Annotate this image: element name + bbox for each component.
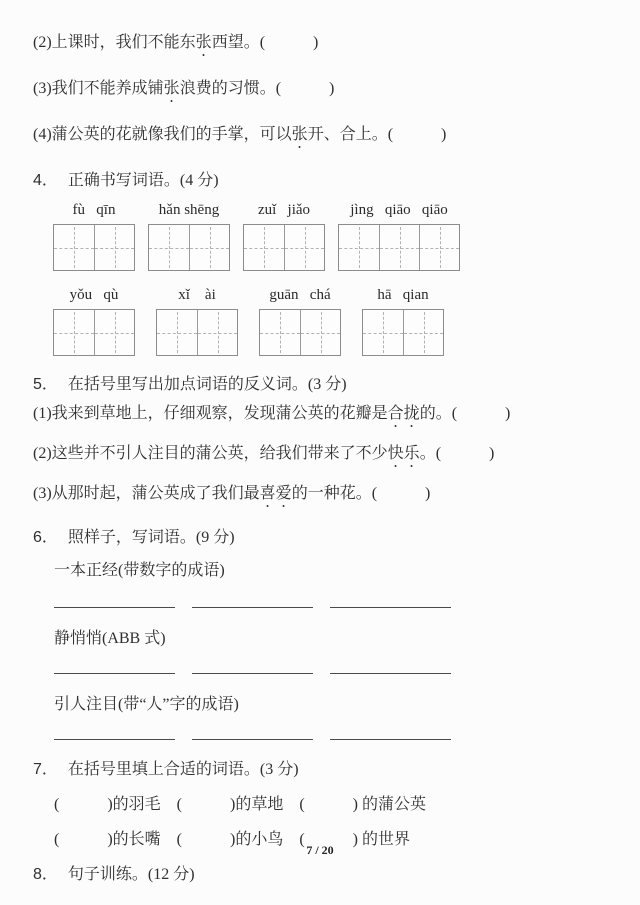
question-number: 5． [33, 376, 58, 393]
grid-cell [94, 310, 134, 355]
writing-grid [53, 224, 135, 271]
writing-grid [156, 309, 238, 356]
exam-page: (2)上课时，我们不能东张西望。( ) (3)我们不能养成铺张浪费的习惯。( )… [0, 0, 640, 905]
dotted-word: 张 [164, 80, 180, 97]
question-number: 4． [33, 172, 58, 189]
writing-grid [243, 224, 325, 271]
answer-blank [330, 739, 451, 740]
grid-cell [419, 225, 459, 270]
question-heading-4: 4．正确书写词语。(4 分) [33, 171, 612, 191]
grid-cell [379, 225, 419, 270]
dotted-word: 张 [196, 34, 212, 51]
answer-blank [192, 673, 313, 674]
question-heading-7: 7．在括号里填上合适的词语。(3 分) [33, 760, 612, 780]
answer-blank [192, 739, 313, 740]
writing-grid [259, 309, 341, 356]
tianzige-group: yǒu qù [53, 286, 135, 356]
item-text: (2)这些并不引人注目的蒲公英，给我们带来了不少 [33, 445, 388, 462]
pinyin-label: guān chá [269, 286, 330, 304]
grid-cell [300, 310, 340, 355]
tianzige-group: zuǐ jiǎo [243, 201, 325, 271]
example-word: 静悄悄(ABB 式) [54, 629, 612, 649]
tianzige-group: jìng qiāo qiāo [338, 201, 460, 271]
answer-blank [54, 739, 175, 740]
blank-row [54, 673, 612, 674]
grid-cell [94, 225, 134, 270]
pinyin-label: zuǐ jiǎo [258, 201, 310, 219]
question-item: (1)我来到草地上，仔细观察，发现蒲公英的花瓣是合拢的。( ) [33, 404, 612, 431]
answer-blank [54, 607, 175, 608]
grid-cell [149, 225, 189, 270]
fill-in-row: ( )的羽毛 ( )的草地 ( ) 的蒲公英 [54, 795, 612, 815]
grid-cell [197, 310, 237, 355]
item-text: (3)我们不能养成铺 [33, 80, 164, 97]
tianzige-group: xǐ ài [156, 286, 238, 356]
pinyin-label: hǎn shēng [159, 201, 219, 219]
question-number: 7． [33, 761, 58, 778]
grid-row: fù qīn hǎn shēng zuǐ jiǎo jìng qiāo qiāo [53, 201, 612, 271]
grid-cell [339, 225, 379, 270]
grid-row: yǒu qù xǐ ài guān chá hā qian [53, 286, 612, 356]
dotted-word: 喜爱 [260, 485, 292, 502]
question-heading-8: 8．句子训练。(12 分) [33, 865, 612, 885]
grid-cell [54, 225, 94, 270]
grid-cell [157, 310, 197, 355]
item-text: 开、合上。( ) [308, 126, 447, 143]
question-heading-5: 5．在括号里写出加点词语的反义词。(3 分) [33, 375, 612, 395]
item-text: 的。( ) [420, 405, 511, 422]
item-text: (4)蒲公英的花就像我们的手掌，可以 [33, 126, 292, 143]
tianzige-group: hā qian [362, 286, 444, 356]
question-item: (3)我们不能养成铺张浪费的习惯。( ) [33, 79, 612, 106]
pinyin-label: yǒu qù [70, 286, 119, 304]
grid-cell [403, 310, 443, 355]
page-number: 7 / 20 [0, 840, 640, 860]
item-text: 浪费的习惯。( ) [180, 80, 335, 97]
grid-cell [260, 310, 300, 355]
example-word: 引人注目(带“人”字的成语) [54, 695, 612, 715]
question-title: 在括号里填上合适的词语。(3 分) [68, 761, 299, 778]
question-heading-6: 6．照样子，写词语。(9 分) [33, 528, 612, 548]
question-title: 句子训练。(12 分) [68, 866, 195, 883]
item-text: 西望。( ) [212, 34, 319, 51]
pinyin-label: hā qian [377, 286, 428, 304]
grid-cell [54, 310, 94, 355]
item-text: 。( ) [420, 445, 495, 462]
pinyin-label: xǐ ài [178, 286, 216, 304]
grid-cell [189, 225, 229, 270]
blank-row [54, 607, 612, 608]
dotted-word: 张 [292, 126, 308, 143]
question-number: 8． [33, 866, 58, 883]
grid-cell [284, 225, 324, 270]
writing-grid [53, 309, 135, 356]
grid-cell [363, 310, 403, 355]
answer-blank [330, 607, 451, 608]
tianzige-group: fù qīn [53, 201, 135, 271]
grid-cell [244, 225, 284, 270]
item-text: (2)上课时，我们不能东 [33, 34, 196, 51]
item-text: (1)我来到草地上，仔细观察，发现蒲公英的花瓣是 [33, 405, 388, 422]
question-title: 照样子，写词语。(9 分) [68, 529, 235, 546]
dotted-word: 合拢 [388, 405, 420, 422]
dotted-word: 快乐 [388, 445, 420, 462]
blank-row [54, 739, 612, 740]
item-text: (3)从那时起，蒲公英成了我们最 [33, 485, 260, 502]
question-item: (3)从那时起，蒲公英成了我们最喜爱的一种花。( ) [33, 484, 612, 511]
pinyin-label: fù qīn [73, 201, 116, 219]
question-title: 在括号里写出加点词语的反义词。(3 分) [68, 376, 347, 393]
question-item: (4)蒲公英的花就像我们的手掌，可以张开、合上。( ) [33, 125, 612, 152]
question-item: (2)上课时，我们不能东张西望。( ) [33, 33, 612, 60]
item-text: 的一种花。( ) [292, 485, 431, 502]
writing-grid [362, 309, 444, 356]
question-number: 6． [33, 529, 58, 546]
writing-grid [338, 224, 460, 271]
question-title: 正确书写词语。(4 分) [68, 172, 219, 189]
example-word: 一本正经(带数字的成语) [54, 561, 612, 581]
tianzige-group: guān chá [259, 286, 341, 356]
answer-blank [330, 673, 451, 674]
answer-blank [192, 607, 313, 608]
answer-blank [54, 673, 175, 674]
question-item: (2)这些并不引人注目的蒲公英，给我们带来了不少快乐。( ) [33, 444, 612, 471]
tianzige-group: hǎn shēng [148, 201, 230, 271]
writing-grid [148, 224, 230, 271]
pinyin-label: jìng qiāo qiāo [350, 201, 448, 219]
